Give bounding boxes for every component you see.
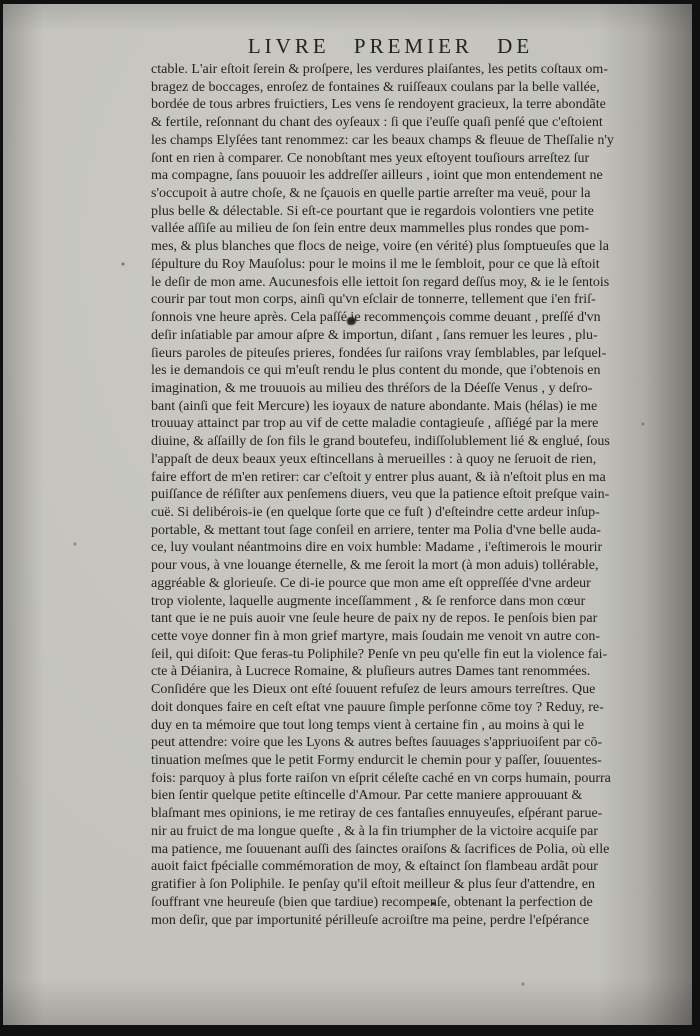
running-title: LIVRE PREMIER DE <box>151 34 630 60</box>
text-line: cte à Déianira, à Lucrece Romaine, & plu… <box>151 663 630 681</box>
text-line: cuë. Si delibérois-ie (en quelque ſorte … <box>151 504 630 522</box>
text-line: ſieurs paroles de piteuſes prieres, fond… <box>151 345 630 363</box>
text-line: ctable. L'air eſtoit ſerein & proſpere, … <box>151 61 630 79</box>
text-line: faire effort de m'en retirer: car c'eſto… <box>151 469 630 487</box>
text-line: ce, luy voulant néantmoins dire en voix … <box>151 539 630 557</box>
text-line: plus belle & délectable. Si eſt-ce pourt… <box>151 203 630 221</box>
text-line: Conſidére que les Dieux ont eſté ſouuent… <box>151 681 630 699</box>
paper: LIVRE PREMIER DE ctable. L'air eſtoit ſe… <box>3 4 692 1025</box>
body-text: ctable. L'air eſtoit ſerein & proſpere, … <box>151 61 630 929</box>
text-line: blaſmant mes opinions, ie me retiray de … <box>151 805 630 823</box>
text-line: l'appaſt de deux beaux yeux eſtincellans… <box>151 451 630 469</box>
text-line: imagination, & me trouuois au milieu des… <box>151 380 630 398</box>
text-line: les ie demandois ce qui m'euſt rendu le … <box>151 362 630 380</box>
text-line: les champs Elyſées tant renommez: car le… <box>151 132 630 150</box>
book-page-scan: LIVRE PREMIER DE ctable. L'air eſtoit ſe… <box>0 0 700 1036</box>
text-line: ſouffrant vne heureuſe (bien que tardiue… <box>151 894 630 912</box>
text-line: trop violente, laquelle augmente inceſſa… <box>151 593 630 611</box>
text-line: diuine, & aſſailly de ſon fils le grand … <box>151 433 630 451</box>
text-line: bant (ainſi que feit Mercure) les ioyaux… <box>151 398 630 416</box>
text-line: duy en ta mémoire que tout long temps vi… <box>151 717 630 735</box>
text-line: auoit faict ſpécialle commémoration de m… <box>151 858 630 876</box>
text-line: doit donques faire en ceſt eſtat vne pau… <box>151 699 630 717</box>
text-line: ma compagne, ſans pouuoir les addreſſer … <box>151 167 630 185</box>
text-line: aggréable & glorieuſe. Ce di-ie pource q… <box>151 575 630 593</box>
text-line: gratifier à ſon Poliphile. Ie penſay qu'… <box>151 876 630 894</box>
text-line: nir au fruict de ma longue queſte , & à … <box>151 823 630 841</box>
text-line: peut attendre: voire que les Lyons & aut… <box>151 734 630 752</box>
text-line: bien ſentir quelque petite eſtincelle d'… <box>151 787 630 805</box>
text-line: mes, & plus blanches que flocs de neige,… <box>151 238 630 256</box>
text-line: s'occupoit à autre choſe, & ne ſçauois e… <box>151 185 630 203</box>
text-line: ſont en rien à comparer. Ce nonobſtant m… <box>151 150 630 168</box>
text-line: pour vous, à vne louange éternelle, & me… <box>151 557 630 575</box>
text-line: tinuation meſmes que le petit Formy endu… <box>151 752 630 770</box>
text-line: bordée de tous arbres fruictiers, Les ve… <box>151 96 630 114</box>
text-line: tant que ie ne puis auoir vne ſeule heur… <box>151 610 630 628</box>
text-line: bragez de boccages, enroſez de fontaines… <box>151 79 630 97</box>
text-line: ſeil, qui diſoit: Que feras-tu Poliphile… <box>151 646 630 664</box>
text-line: ſonnois vne heure après. Cela paſſé ie r… <box>151 309 630 327</box>
text-line: le deſir de mon ame. Aucunesfois elle ie… <box>151 274 630 292</box>
text-line: puiſſance de réſiſter aux penſemens diue… <box>151 486 630 504</box>
ink-blot <box>347 317 356 325</box>
text-line: portable, & mettant tout ſage conſeil en… <box>151 522 630 540</box>
text-line: vallée aſſiſe au milieu de ſon ſein entr… <box>151 220 630 238</box>
stray-ink-dot <box>432 902 435 905</box>
text-line: & fertile, reſonnant du chant des oyſeau… <box>151 114 630 132</box>
text-line: fois: parquoy à plus forte raiſon vn eſp… <box>151 770 630 788</box>
text-line: cette voye donner fin à mon grief martyr… <box>151 628 630 646</box>
text-line: ma patience, me ſouuenant auſſi des ſain… <box>151 841 630 859</box>
text-line: deſir inſatiable par amour aſpre & impor… <box>151 327 630 345</box>
text-line: mon deſir, que par importunité périlleuſ… <box>151 912 630 930</box>
text-line: ſépulture du Roy Mauſolus: pour le moins… <box>151 256 630 274</box>
text-line: trouuay attainct par trop au vif de cett… <box>151 415 630 433</box>
text-line: courir par tout mon corps, ainſi qu'vn e… <box>151 291 630 309</box>
